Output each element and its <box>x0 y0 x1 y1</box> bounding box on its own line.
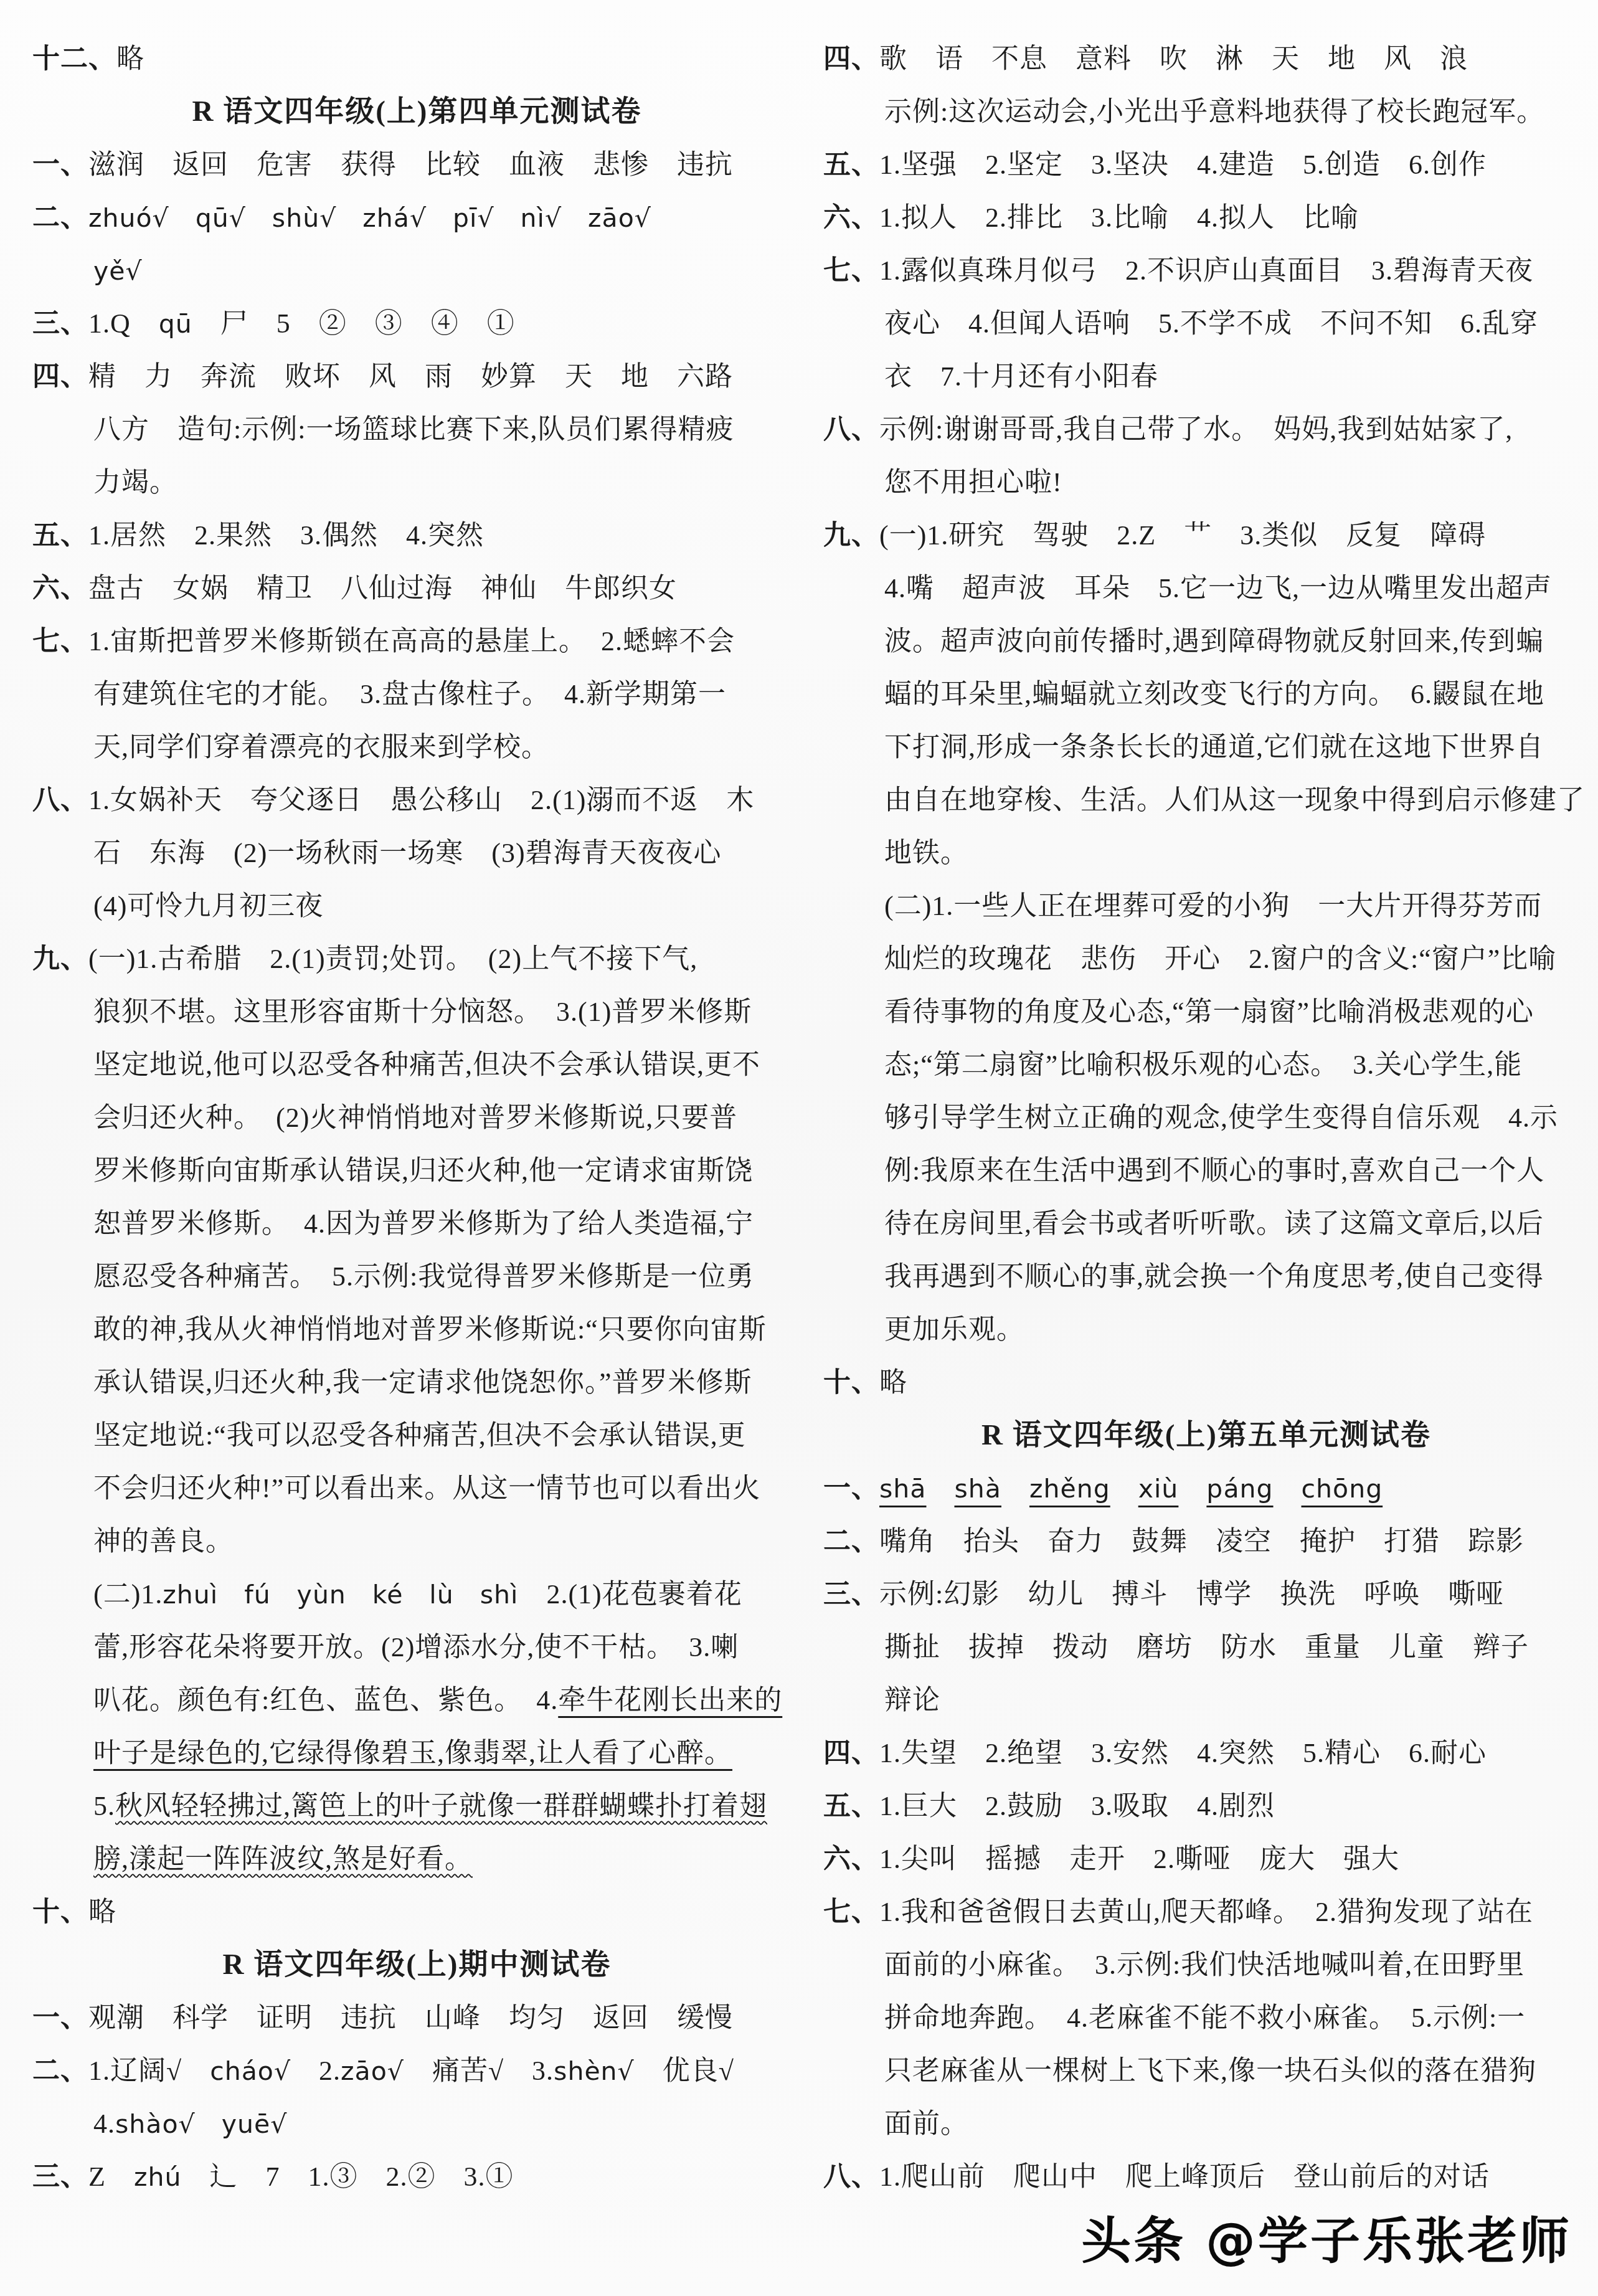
answer-text: (一)1.古希腊 2.(1)责罚;处罚。 (2)上气不接下气, <box>88 944 697 974</box>
answer-line: 十二、略 <box>32 32 801 85</box>
answer-text: 略 <box>879 1367 907 1398</box>
section-label: 四、 <box>32 361 88 392</box>
answer-text: 歌 语 不息 意料 吹 淋 天 地 风 浪 <box>879 44 1468 74</box>
answer-line: 一、观潮 科学 证明 违抗 山峰 均匀 返回 缓慢 <box>32 1991 801 2044</box>
answer-line: 神的善良。 <box>32 1515 801 1568</box>
answer-line: 不会归还火种!”可以看出来。从这一情节也可以看出火 <box>32 1462 801 1515</box>
answer-line: (二)1.一些人正在埋葬可爱的小狗 一大片开得芬芳而 <box>823 880 1589 932</box>
answer-line: 三、1.Q qū 尸 5 ② ③ ④ ① <box>32 297 801 350</box>
answer-text: 下打洞,形成一条条长长的通道,它们就在这地下世界自 <box>884 732 1544 762</box>
watermark: 头条 @学子乐张老师 <box>1081 2201 1572 2272</box>
answer-line: 七、1.宙斯把普罗米修斯锁在高高的悬崖上。 2.蟋蟀不会 <box>32 615 801 668</box>
section-label: 五、 <box>32 520 88 551</box>
answer-text: 滋润 返回 危害 获得 比较 血液 悲惨 违抗 <box>88 149 733 180</box>
answer-line: 四、精 力 奔流 败坏 风 雨 妙算 天 地 六路 <box>32 350 801 403</box>
answer-text: 1.辽阔√ <box>88 2056 210 2086</box>
answer-text: zāo√ <box>341 2056 404 2086</box>
answer-text: 有建筑住宅的才能。 3.盘古像柱子。 4.新学期第一 <box>93 679 726 709</box>
section-label: 五、 <box>823 149 879 180</box>
answer-line: 三、示例:幻影 幼儿 搏斗 博学 换洗 呼唤 嘶哑 <box>823 1568 1589 1621</box>
answer-line: 四、歌 语 不息 意料 吹 淋 天 地 风 浪 <box>823 32 1589 85</box>
answer-text: 夜心 4.但闻人语响 5.不学不成 不问不知 6.乱穿 <box>884 308 1538 339</box>
answer-text: 1.拟人 2.排比 3.比喻 4.拟人 比喻 <box>879 202 1359 233</box>
answer-text: xiù <box>1138 1474 1179 1504</box>
answer-line: 愿忍受各种痛苦。 5.示例:我觉得普罗米修斯是一位勇 <box>32 1250 801 1303</box>
answer-line: 坚定地说:“我可以忍受各种痛苦,但决不会承认错误,更 <box>32 1409 801 1462</box>
answer-line: 天,同学们穿着漂亮的衣服来到学校。 <box>32 721 801 774</box>
answer-text: 撕扯 拔掉 拨动 磨坊 防水 重量 儿童 辫子 <box>884 1632 1529 1663</box>
answer-text: zhěng <box>1029 1474 1110 1504</box>
answer-text: 待在房间里,看会书或者听听歌。读了这篇文章后,以后 <box>884 1208 1544 1239</box>
section-label: 三、 <box>823 1579 879 1610</box>
answer-line: 拼命地奔跑。 4.老麻雀不能不救小麻雀。 5.示例:一 <box>823 1991 1589 2044</box>
answer-line: 膀,漾起一阵阵波纹,煞是好看。 <box>32 1833 801 1886</box>
answer-line: 有建筑住宅的才能。 3.盘古像柱子。 4.新学期第一 <box>32 668 801 721</box>
section-label: 四、 <box>823 1738 879 1768</box>
answer-line: 敢的神,我从火神悄悄地对普罗米修斯说:“只要你向宙斯 <box>32 1303 801 1356</box>
answer-text <box>1178 1473 1206 1504</box>
section-label: 五、 <box>823 1791 879 1821</box>
answer-text: 面前。 <box>884 2109 968 2139</box>
answer-text: 略 <box>116 44 144 74</box>
answer-line: 八、1.女娲补天 夸父逐日 愚公移山 2.(1)溺而不返 木 <box>32 774 801 827</box>
section-label: 四、 <box>823 44 879 74</box>
answer-line: 4.shào√ yuē√ <box>32 2097 801 2150</box>
answer-line: 够引导学生树立正确的观念,使学生变得自信乐观 4.示 <box>823 1091 1589 1144</box>
answer-line: 波。超声波向前传播时,遇到障碍物就反射回来,传到蝙 <box>823 615 1589 668</box>
section-label: 六、 <box>823 1844 879 1874</box>
section-label: 二、 <box>32 2056 88 2086</box>
answer-line: 叭花。颜色有:红色、蓝色、紫色。 4.牵牛花刚长出来的 <box>32 1674 801 1727</box>
answer-text: páng <box>1206 1474 1273 1504</box>
section-label: 十、 <box>32 1897 88 1927</box>
answer-text: 神的善良。 <box>93 1526 234 1557</box>
answer-line: 十、略 <box>823 1356 1589 1409</box>
answer-text: (4)可怜九月初三夜 <box>93 891 323 921</box>
answer-line: yě√ <box>32 244 801 297</box>
test-title: R 语文四年级(上)期中测试卷 <box>32 1938 801 1991</box>
answer-line: 十、略 <box>32 1886 801 1938</box>
answer-text: 1.宙斯把普罗米修斯锁在高高的悬崖上。 2.蟋蟀不会 <box>88 626 735 657</box>
answer-line: 我再遇到不顺心的事,就会换一个角度思考,使自己变得 <box>823 1250 1589 1303</box>
answer-line: 六、盘古 女娲 精卫 八仙过海 神仙 牛郎织女 <box>32 562 801 615</box>
answer-line: 会归还火种。 (2)火神悄悄地对普罗米修斯说,只要普 <box>32 1091 801 1144</box>
answer-text: 牵牛花刚长出来的 <box>558 1685 782 1715</box>
section-label: 九、 <box>32 944 88 974</box>
answer-text: 力竭。 <box>93 467 177 498</box>
answer-text: 痛苦√ 3. <box>404 2056 554 2086</box>
answer-text: 1.失望 2.绝望 3.安然 4.突然 5.精心 6.耐心 <box>879 1738 1487 1768</box>
answer-text: (二)1. <box>93 1579 163 1610</box>
answer-text: 优良√ <box>635 2056 734 2086</box>
answer-line: 五、1.坚强 2.坚定 3.坚决 4.建造 5.创造 6.创作 <box>823 138 1589 191</box>
answer-line: 5.秋风轻轻拂过,篱笆上的叶子就像一群群蝴蝶扑打着翅 <box>32 1780 801 1833</box>
answer-line: 待在房间里,看会书或者听听歌。读了这篇文章后,以后 <box>823 1197 1589 1250</box>
test-title: R 语文四年级(上)第四单元测试卷 <box>32 85 801 138</box>
section-label: 十、 <box>823 1367 879 1398</box>
answer-text: 石 东海 (2)一场秋雨一场寒 (3)碧海青天夜夜心 <box>93 838 722 868</box>
answer-text: zhú <box>134 2162 182 2192</box>
test-title: R 语文四年级(上)第五单元测试卷 <box>823 1409 1589 1462</box>
answer-line: 4.嘴 超声波 耳朵 5.它一边飞,一边从嘴里发出超声 <box>823 562 1589 615</box>
answer-text: zhuì fú yùn ké lù shì <box>163 1580 518 1610</box>
answer-text: 看待事物的角度及心态,“第一扇窗”比喻消极悲观的心 <box>884 997 1534 1027</box>
section-label: 七、 <box>823 1897 879 1927</box>
answer-line: 面前。 <box>823 2097 1589 2150</box>
section-label: 三、 <box>32 2161 88 2192</box>
answer-line: 撕扯 拔掉 拨动 磨坊 防水 重量 儿童 辫子 <box>823 1621 1589 1674</box>
section-label: 十二、 <box>32 44 116 74</box>
section-label: 八、 <box>823 2161 879 2192</box>
answer-line: 八方 造句:示例:一场篮球比赛下来,队员们累得精疲 <box>32 403 801 456</box>
answer-line: 下打洞,形成一条条长长的通道,它们就在这地下世界自 <box>823 721 1589 774</box>
answer-line: 八、示例:谢谢哥哥,我自己带了水。 妈妈,我到姑姑家了, <box>823 403 1589 456</box>
answer-text: 蕾,形容花朵将要开放。(2)增添水分,使不干枯。 3.喇 <box>93 1632 739 1663</box>
answer-text: 拼命地奔跑。 4.老麻雀不能不救小麻雀。 5.示例:一 <box>884 2003 1525 2033</box>
section-label: 九、 <box>823 520 879 551</box>
answer-line: 六、1.尖叫 摇撼 走开 2.嘶哑 庞大 强大 <box>823 1833 1589 1886</box>
answer-text: 叭花。颜色有:红色、蓝色、紫色。 4. <box>93 1685 558 1715</box>
answer-text: 坚定地说:“我可以忍受各种痛苦,但决不会承认错误,更 <box>93 1420 746 1451</box>
answer-line: 由自在地穿梭、生活。人们从这一现象中得到启示修建了 <box>823 774 1589 827</box>
answer-line: 灿烂的玫瑰花 悲伤 开心 2.窗户的含义:“窗户”比喻 <box>823 932 1589 985</box>
answer-line: 辩论 <box>823 1674 1589 1727</box>
section-label: 七、 <box>823 255 879 286</box>
answer-line: 面前的小麻雀。 3.示例:我们快活地喊叫着,在田野里 <box>823 1938 1589 1991</box>
answer-line: 衣 7.十月还有小阳春 <box>823 350 1589 403</box>
answer-text: 面前的小麻雀。 3.示例:我们快活地喊叫着,在田野里 <box>884 1950 1525 1980</box>
right-column: 四、歌 语 不息 意料 吹 淋 天 地 风 浪示例:这次运动会,小光出乎意料地获… <box>823 32 1589 2203</box>
answer-line: 地铁。 <box>823 827 1589 880</box>
answer-text <box>1001 1473 1029 1504</box>
answer-line: 二、1.辽阔√ cháo√ 2.zāo√ 痛苦√ 3.shèn√ 优良√ <box>32 2044 801 2097</box>
answer-text: 地铁。 <box>884 838 968 868</box>
answer-text: 盘古 女娲 精卫 八仙过海 神仙 牛郎织女 <box>88 573 677 604</box>
answer-line: 夜心 4.但闻人语响 5.不学不成 不问不知 6.乱穿 <box>823 297 1589 350</box>
answer-line: 罗米修斯向宙斯承认错误,归还火种,他一定请求宙斯饶 <box>32 1144 801 1197</box>
answer-text: 2.(1)花苞裹着花 <box>518 1579 742 1610</box>
answer-text: 八方 造句:示例:一场篮球比赛下来,队员们累得精疲 <box>93 414 734 445</box>
answer-text: yě√ <box>93 256 143 286</box>
answer-text <box>926 1473 954 1504</box>
answer-text: 1.女娲补天 夸父逐日 愚公移山 2.(1)溺而不返 木 <box>88 785 754 815</box>
answer-line: 更加乐观。 <box>823 1303 1589 1356</box>
answer-text: 尸 5 ② ③ ④ ① <box>192 308 515 339</box>
answer-text: 够引导学生树立正确的观念,使学生变得自信乐观 4.示 <box>884 1103 1558 1133</box>
answer-text: 1.Q <box>88 308 159 339</box>
answer-line: 示例:这次运动会,小光出乎意料地获得了校长跑冠军。 <box>823 85 1589 138</box>
answer-text: zhuó√ qū√ shù√ zhá√ pī√ nì√ zāo√ <box>88 203 651 233</box>
answer-text: 坚定地说,他可以忍受各种痛苦,但决不会承认错误,更不 <box>93 1050 760 1080</box>
answer-text: 敢的神,我从火神悄悄地对普罗米修斯说:“只要你向宙斯 <box>93 1314 767 1345</box>
answer-text: qū <box>159 309 192 339</box>
answer-text: 由自在地穿梭、生活。人们从这一现象中得到启示修建了 <box>884 785 1585 815</box>
answer-text: 波。超声波向前传播时,遇到障碍物就反射回来,传到蝙 <box>884 626 1544 657</box>
section-label: 八、 <box>32 785 88 815</box>
answer-text: 5. <box>93 1791 115 1821</box>
section-label: 一、 <box>32 149 88 180</box>
answer-text: chōng <box>1302 1474 1383 1504</box>
answer-text: (一)1.研究 驾驶 2.Z 艹 3.类似 反复 障碍 <box>879 520 1486 551</box>
answer-line: (4)可怜九月初三夜 <box>32 880 801 932</box>
answer-text: 狼狈不堪。这里形容宙斯十分恼怒。 3.(1)普罗米修斯 <box>93 997 752 1027</box>
answer-line: 承认错误,归还火种,我一定请求他饶恕你。”普罗米修斯 <box>32 1356 801 1409</box>
answer-line: 只老麻雀从一棵树上飞下来,像一块石头似的落在猎狗 <box>823 2044 1589 2097</box>
answer-text: 承认错误,归还火种,我一定请求他饶恕你。”普罗米修斯 <box>93 1367 752 1398</box>
answer-line: 四、1.失望 2.绝望 3.安然 4.突然 5.精心 6.耐心 <box>823 1727 1589 1780</box>
section-label: 一、 <box>823 1473 879 1504</box>
section-label: 一、 <box>32 2003 88 2033</box>
section-label: 八、 <box>823 414 879 445</box>
answer-line: 狼狈不堪。这里形容宙斯十分恼怒。 3.(1)普罗米修斯 <box>32 985 801 1038</box>
answer-text: 1.居然 2.果然 3.偶然 4.突然 <box>88 520 484 551</box>
section-label: 七、 <box>32 626 88 657</box>
answer-text: 辩论 <box>884 1685 940 1715</box>
answer-text: 1.巨大 2.鼓励 3.吸取 4.剧烈 <box>879 1791 1275 1821</box>
answer-text: 1.尖叫 摇撼 走开 2.嘶哑 庞大 强大 <box>879 1844 1399 1874</box>
answer-line: (二)1.zhuì fú yùn ké lù shì 2.(1)花苞裹着花 <box>32 1568 801 1621</box>
answer-line: 七、1.我和爸爸假日去黄山,爬天都峰。 2.猎狗发现了站在 <box>823 1886 1589 1938</box>
answer-line: 五、1.居然 2.果然 3.偶然 4.突然 <box>32 509 801 562</box>
answer-line: 力竭。 <box>32 456 801 509</box>
answer-text: 膀,漾起一阵阵波纹,煞是好看。 <box>93 1844 473 1874</box>
answer-text: (二)1.一些人正在埋葬可爱的小狗 一大片开得芬芳而 <box>884 891 1542 921</box>
section-label: 六、 <box>823 202 879 233</box>
answer-line: 态;“第二扇窗”比喻积极乐观的心态。 3.关心学生,能 <box>823 1038 1589 1091</box>
answer-text: 略 <box>88 1897 116 1927</box>
answer-text: shèn√ <box>554 2056 635 2086</box>
section-label: 二、 <box>823 1526 879 1557</box>
answer-line: 三、Z zhú 辶 7 1.③ 2.② 3.① <box>32 2150 801 2203</box>
answer-line: 蕾,形容花朵将要开放。(2)增添水分,使不干枯。 3.喇 <box>32 1621 801 1674</box>
answer-line: 二、zhuó√ qū√ shù√ zhá√ pī√ nì√ zāo√ <box>32 191 801 244</box>
answer-text: 1.坚强 2.坚定 3.坚决 4.建造 5.创造 6.创作 <box>879 149 1487 180</box>
answer-line: 坚定地说,他可以忍受各种痛苦,但决不会承认错误,更不 <box>32 1038 801 1091</box>
answer-text <box>1110 1473 1138 1504</box>
answer-line: 石 东海 (2)一场秋雨一场寒 (3)碧海青天夜夜心 <box>32 827 801 880</box>
section-label: 六、 <box>32 573 88 604</box>
answer-text: 衣 7.十月还有小阳春 <box>884 361 1158 392</box>
answer-text: 辶 7 1.③ 2.② 3.① <box>181 2161 513 2192</box>
answer-text: 态;“第二扇窗”比喻积极乐观的心态。 3.关心学生,能 <box>884 1050 1522 1080</box>
answer-line: 您不用担心啦! <box>823 456 1589 509</box>
answer-text: 示例:谢谢哥哥,我自己带了水。 妈妈,我到姑姑家了, <box>879 414 1513 445</box>
left-column: 十二、略R 语文四年级(上)第四单元测试卷一、滋润 返回 危害 获得 比较 血液… <box>32 32 801 2203</box>
answer-text: 示例:幻影 幼儿 搏斗 博学 换洗 呼唤 嘶哑 <box>879 1579 1504 1610</box>
answer-text: shào√ yuē√ <box>115 2109 287 2139</box>
section-label: 二、 <box>32 202 88 233</box>
answer-text: 4. <box>93 2109 115 2139</box>
answer-line: 九、(一)1.古希腊 2.(1)责罚;处罚。 (2)上气不接下气, <box>32 932 801 985</box>
answer-line: 蝠的耳朵里,蝙蝠就立刻改变飞行的方向。 6.鼹鼠在地 <box>823 668 1589 721</box>
answer-line: 七、1.露似真珠月似弓 2.不识庐山真面目 3.碧海青天夜 <box>823 244 1589 297</box>
answer-line: 看待事物的角度及心态,“第一扇窗”比喻消极悲观的心 <box>823 985 1589 1038</box>
answer-line: 二、嘴角 抬头 奋力 鼓舞 凌空 掩护 打猎 踪影 <box>823 1515 1589 1568</box>
answer-text: 我再遇到不顺心的事,就会换一个角度思考,使自己变得 <box>884 1261 1544 1292</box>
answer-text: 1.爬山前 爬山中 爬上峰顶后 登山前后的对话 <box>879 2161 1490 2192</box>
answer-text: 精 力 奔流 败坏 风 雨 妙算 天 地 六路 <box>88 361 733 392</box>
answer-text: 恕普罗米修斯。 4.因为普罗米修斯为了给人类造福,宁 <box>93 1208 754 1239</box>
section-label: 三、 <box>32 308 88 339</box>
answer-text: 嘴角 抬头 奋力 鼓舞 凌空 掩护 打猎 踪影 <box>879 1526 1524 1557</box>
answer-text: shā <box>879 1474 926 1504</box>
answer-text: shà <box>954 1474 1001 1504</box>
answer-text: 秋风轻轻拂过,篱笆上的叶子就像一群群蝴蝶扑打着翅 <box>115 1791 767 1821</box>
answer-text: 蝠的耳朵里,蝙蝠就立刻改变飞行的方向。 6.鼹鼠在地 <box>884 679 1544 709</box>
answer-line: 八、1.爬山前 爬山中 爬上峰顶后 登山前后的对话 <box>823 2150 1589 2203</box>
answer-line: 恕普罗米修斯。 4.因为普罗米修斯为了给人类造福,宁 <box>32 1197 801 1250</box>
answer-line: 例:我原来在生活中遇到不顺心的事时,喜欢自己一个人 <box>823 1144 1589 1197</box>
answer-text: 1.露似真珠月似弓 2.不识庐山真面目 3.碧海青天夜 <box>879 255 1533 286</box>
answer-sheet-page: 十二、略R 语文四年级(上)第四单元测试卷一、滋润 返回 危害 获得 比较 血液… <box>0 0 1598 2296</box>
answer-line: 五、1.巨大 2.鼓励 3.吸取 4.剧烈 <box>823 1780 1589 1833</box>
answer-text: 只老麻雀从一棵树上飞下来,像一块石头似的落在猎狗 <box>884 2056 1536 2086</box>
answer-text: 会归还火种。 (2)火神悄悄地对普罗米修斯说,只要普 <box>93 1103 737 1133</box>
answer-text: 灿烂的玫瑰花 悲伤 开心 2.窗户的含义:“窗户”比喻 <box>884 944 1556 974</box>
answer-text: 天,同学们穿着漂亮的衣服来到学校。 <box>93 732 549 762</box>
answer-text: 叶子是绿色的,它绿得像碧玉,像翡翠,让人看了心醉。 <box>93 1738 732 1768</box>
answer-line: 六、1.拟人 2.排比 3.比喻 4.拟人 比喻 <box>823 191 1589 244</box>
answer-text: Z <box>88 2161 134 2192</box>
answer-line: 一、滋润 返回 危害 获得 比较 血液 悲惨 违抗 <box>32 138 801 191</box>
answer-line: 叶子是绿色的,它绿得像碧玉,像翡翠,让人看了心醉。 <box>32 1727 801 1780</box>
answer-text: 例:我原来在生活中遇到不顺心的事时,喜欢自己一个人 <box>884 1155 1544 1186</box>
answer-text: 2. <box>291 2056 341 2086</box>
answer-text: 1.我和爸爸假日去黄山,爬天都峰。 2.猎狗发现了站在 <box>879 1897 1533 1927</box>
answer-text: 4.嘴 超声波 耳朵 5.它一边飞,一边从嘴里发出超声 <box>884 573 1552 604</box>
answer-text: 不会归还火种!”可以看出来。从这一情节也可以看出火 <box>93 1473 760 1504</box>
answer-text: 观潮 科学 证明 违抗 山峰 均匀 返回 缓慢 <box>88 2003 733 2033</box>
answer-text: 您不用担心啦! <box>884 467 1062 498</box>
answer-text: 示例:这次运动会,小光出乎意料地获得了校长跑冠军。 <box>884 97 1544 127</box>
answer-text: 更加乐观。 <box>884 1314 1024 1345</box>
answer-text: 愿忍受各种痛苦。 5.示例:我觉得普罗米修斯是一位勇 <box>93 1261 754 1292</box>
answer-line: 九、(一)1.研究 驾驶 2.Z 艹 3.类似 反复 障碍 <box>823 509 1589 562</box>
answer-line: 一、shā shà zhěng xiù páng chōng <box>823 1462 1589 1515</box>
answer-text: 罗米修斯向宙斯承认错误,归还火种,他一定请求宙斯饶 <box>93 1155 753 1186</box>
answer-text: cháo√ <box>210 2056 291 2086</box>
answer-text <box>1274 1473 1302 1504</box>
